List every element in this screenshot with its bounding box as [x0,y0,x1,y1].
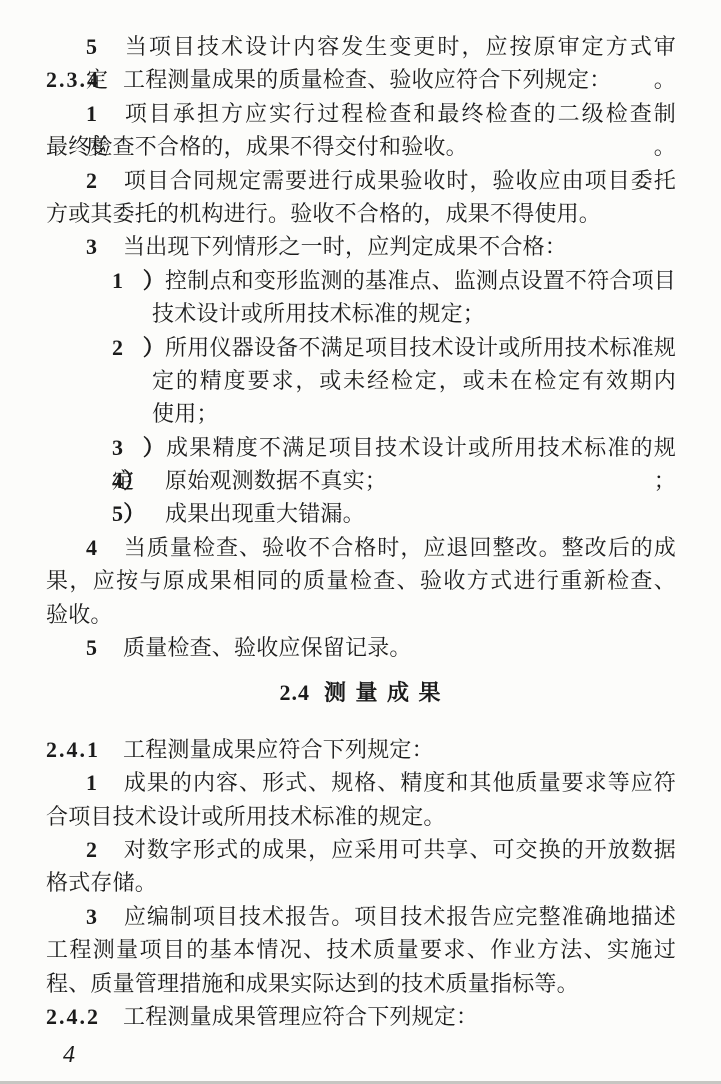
text-line: 格式存储。 [46,866,676,899]
document-page: 5当项目技术设计内容发生变更时，应按原审定方式审定。2.3.4工程测量成果的质量… [0,0,721,1084]
item-number: 5 [86,30,123,63]
line-text: 技术设计或所用技术标准的规定； [152,301,485,326]
text-line: 程、质量管理措施和成果实际达到的技术质量指标等。 [46,967,676,1000]
section-heading: 2.4测 量 成 果 [46,676,676,709]
line-text: 果，应按与原成果相同的质量检查、验收方式进行重新检查、 [46,568,676,593]
line-text: 当质量检查、验收不合格时，应退回整改。整改后的成 [123,535,676,560]
line-text: 工程测量成果管理应符合下列规定： [123,1004,478,1029]
line-text: 应编制项目技术报告。项目技术报告应完整准确地描述 [123,904,676,929]
sub-item-number: 3） [112,431,165,464]
sub-item-number: 4） [112,464,165,497]
text-line: 使用； [46,397,676,430]
list-item-line: 1成果的内容、形式、规格、精度和其他质量要求等应符 [46,766,676,799]
section-title: 测 量 成 果 [324,680,443,705]
item-number: 1 [86,97,123,130]
item-number: 1 [86,766,123,799]
item-number: 4 [86,531,123,564]
line-text: 成果的内容、形式、规格、精度和其他质量要求等应符 [123,770,676,795]
sub-item-line: 5）成果出现重大错漏。 [46,497,676,530]
list-item-line: 2对数字形式的成果，应采用可共享、可交换的开放数据 [46,833,676,866]
text-line: 工程测量项目的基本情况、技术质量要求、作业方法、实施过 [46,933,676,966]
text-line: 定的精度要求，或未经检定，或未在检定有效期内 [46,364,676,397]
item-number: 2 [86,833,123,866]
line-text: 工程测量成果的质量检查、验收应符合下列规定： [123,67,611,92]
list-item-line: 5质量检查、验收应保留记录。 [46,631,676,664]
text-line: 方或其委托的机构进行。验收不合格的，成果不得使用。 [46,197,676,230]
line-text: 使用； [152,401,219,426]
list-item-line: 3应编制项目技术报告。项目技术报告应完整准确地描述 [46,900,676,933]
line-text: 所用仪器设备不满足项目技术设计或所用技术标准规 [165,335,676,360]
line-text: 合项目技术设计或所用技术标准的规定。 [46,804,446,829]
line-text: 程、质量管理措施和成果实际达到的技术质量指标等。 [46,971,579,996]
text-line: 技术设计或所用技术标准的规定； [46,297,676,330]
line-text: 工程测量成果应符合下列规定： [123,737,434,762]
sub-item-line: 2）所用仪器设备不满足项目技术设计或所用技术标准规 [46,331,676,364]
text-line: 果，应按与原成果相同的质量检查、验收方式进行重新检查、 [46,564,676,597]
item-number: 2 [86,164,123,197]
sub-item-line: 1）控制点和变形监测的基准点、监测点设置不符合项目 [46,264,676,297]
item-number: 5 [86,631,123,664]
line-text: 控制点和变形监测的基准点、监测点设置不符合项目 [165,268,676,293]
clause-number: 2.3.4 [46,63,123,96]
sub-item-number: 5） [112,497,165,530]
item-number: 3 [86,230,123,263]
line-text: 项目合同规定需要进行成果验收时，验收应由项目委托 [123,168,676,193]
clause-line: 2.4.2工程测量成果管理应符合下列规定： [46,1000,676,1033]
line-text: 方或其委托的机构进行。验收不合格的，成果不得使用。 [46,201,601,226]
text-line: 合项目技术设计或所用技术标准的规定。 [46,800,676,833]
list-item-line: 3当出现下列情形之一时，应判定成果不合格： [46,230,676,263]
list-item-line: 5当项目技术设计内容发生变更时，应按原审定方式审定。 [46,30,676,63]
clause-line: 2.4.1工程测量成果应符合下列规定： [46,733,676,766]
line-text: 原始观测数据不真实； [165,468,387,493]
item-number: 3 [86,900,123,933]
sub-item-line: 3）成果精度不满足项目技术设计或所用技术标准的规定； [46,431,676,464]
section-number: 2.4 [279,680,310,705]
list-item-line: 1项目承担方应实行过程检查和最终检查的二级检查制度。 [46,97,676,130]
page-number: 4 [46,1039,676,1072]
clause-line: 2.3.4工程测量成果的质量检查、验收应符合下列规定： [46,63,676,96]
sub-item-number: 1） [112,264,165,297]
clause-number: 2.4.2 [46,1000,123,1033]
line-text: 成果出现重大错漏。 [165,501,365,526]
line-text: 当出现下列情形之一时，应判定成果不合格： [123,234,567,259]
line-text: 最终检查不合格的，成果不得交付和验收。 [46,134,468,159]
line-text: 工程测量项目的基本情况、技术质量要求、作业方法、实施过 [46,937,676,962]
list-item-line: 2项目合同规定需要进行成果验收时，验收应由项目委托 [46,164,676,197]
sub-item-number: 2） [112,331,165,364]
text-line: 验收。 [46,598,676,631]
line-text: 对数字形式的成果，应采用可共享、可交换的开放数据 [123,837,676,862]
line-text: 验收。 [46,602,113,627]
document-body: 5当项目技术设计内容发生变更时，应按原审定方式审定。2.3.4工程测量成果的质量… [46,30,676,1033]
clause-number: 2.4.1 [46,733,123,766]
line-text: 定的精度要求，或未经检定，或未在检定有效期内 [152,368,676,393]
list-item-line: 4当质量检查、验收不合格时，应退回整改。整改后的成 [46,531,676,564]
line-text: 质量检查、验收应保留记录。 [123,635,412,660]
line-text: 格式存储。 [46,870,157,895]
